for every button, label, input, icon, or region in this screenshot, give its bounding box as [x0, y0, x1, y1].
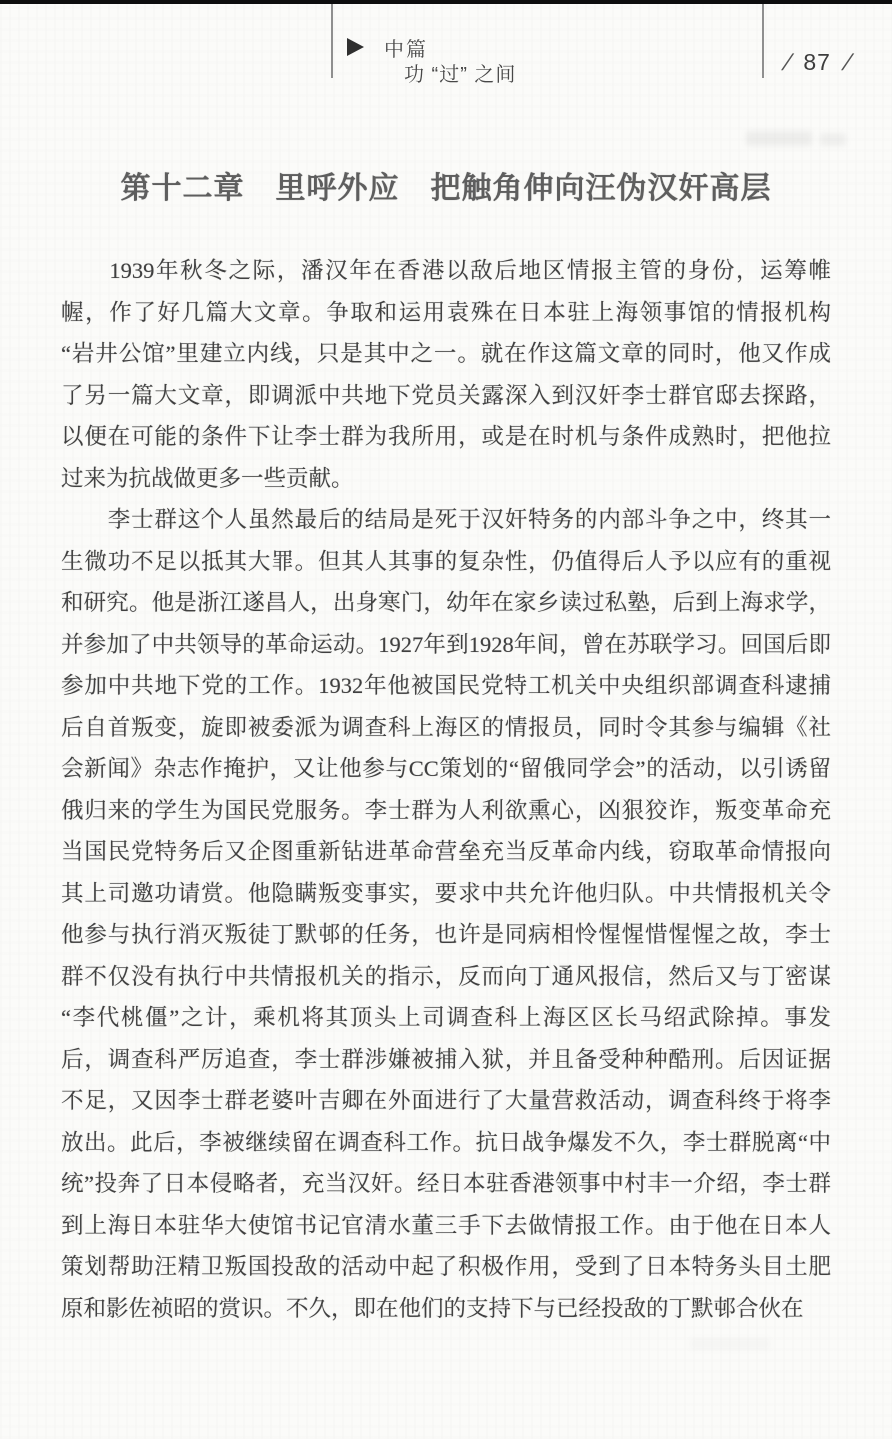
header-divider-left [331, 4, 333, 78]
text-line: 后自首叛变，旋即被委派为调查科上海区的情报员，同时令其参与编辑《社 [61, 707, 831, 749]
text-line: 和研究。他是浙江遂昌人，出身寒门，幼年在家乡读过私塾，后到上海求学， [61, 582, 831, 624]
text-line: 原和影佐祯昭的赏识。不久，即在他们的支持下与已经投敌的丁默邨合伙在 [61, 1288, 831, 1330]
chapter-title: 第十二章 里呼外应 把触角伸向汪伪汉奸高层 [61, 170, 831, 208]
text-line: 放出。此后，李被继续留在调查科工作。抗日战争爆发不久，李士群脱离“中 [61, 1122, 831, 1164]
text-line: 了另一篇大文章，即调派中共地下党员关露深入到汉奸李士群官邸去探路， [61, 375, 831, 417]
text-line: 过来为抗战做更多一些贡献。 [61, 458, 831, 500]
book-page: 中篇 功 “过” 之间 /87/ 第十二章 里呼外应 把触角伸向汪伪汉奸高层 1… [0, 0, 892, 1439]
bleed-through-artifact [746, 131, 812, 146]
slash-decoration-right: / [841, 49, 853, 76]
section-title: 功 “过” 之间 [404, 58, 516, 87]
bleed-through-artifact [690, 1338, 770, 1350]
paragraph-2: 李士群这个人虽然最后的结局是死于汉奸特务的内部斗争之中，终其一生微功不足以抵其大… [61, 499, 831, 1329]
page-number-value: 87 [803, 49, 831, 75]
scan-edge-artifact [0, 0, 892, 4]
text-line: 李士群这个人虽然最后的结局是死于汉奸特务的内部斗争之中，终其一 [61, 499, 831, 541]
text-line: “李代桃僵”之计，乘机将其顶头上司调查科上海区区长马绍武除掉。事发 [61, 997, 831, 1039]
text-line: 到上海日本驻华大使馆书记官清水董三手下去做情报工作。由于他在日本人 [61, 1205, 831, 1247]
text-line: 后，调查科严厉追查，李士群涉嫌被捕入狱，并且备受种种酷刑。后因证据 [61, 1039, 831, 1081]
text-line: 当国民党特务后又企图重新钻进革命营垒充当反革命内线，窃取革命情报向 [61, 831, 831, 873]
text-line: 会新闻》杂志作掩护，又让他参与CC策划的“留俄同学会”的活动，以引诱留 [61, 748, 831, 790]
slash-decoration-left: / [781, 49, 793, 76]
page-number: /87/ [784, 49, 850, 76]
text-line: 俄归来的学生为国民党服务。李士群为人利欲熏心，凶狠狡诈，叛变革命充 [61, 790, 831, 832]
text-line: 不足，又因李士群老婆叶吉卿在外面进行了大量营救活动，调查科终于将李 [61, 1080, 831, 1122]
text-line: 策划帮助汪精卫叛国投敌的活动中起了积极作用，受到了日本特务头目土肥 [61, 1246, 831, 1288]
text-line: 参加中共地下党的工作。1932年他被国民党特工机关中央组织部调查科逮捕 [61, 665, 831, 707]
text-line: 以便在可能的条件下让李士群为我所用，或是在时机与条件成熟时，把他拉 [61, 416, 831, 458]
text-line: 统”投奔了日本侵略者，充当汉奸。经日本驻香港领事中村丰一介绍，李士群 [61, 1163, 831, 1205]
text-line: 并参加了中共领导的革命运动。1927年到1928年间，曾在苏联学习。回国后即 [61, 624, 831, 666]
part-marker-triangle-icon [347, 38, 364, 56]
header-divider-right [762, 4, 764, 78]
text-line: 他参与执行消灭叛徒丁默邨的任务，也许是同病相怜惺惺惜惺惺之故，李士 [61, 914, 831, 956]
body-text: 1939年秋冬之际，潘汉年在香港以敌后地区情报主管的身份，运筹帷幄，作了好几篇大… [61, 250, 831, 1329]
text-line: 幄，作了好几篇大文章。争取和运用袁殊在日本驻上海领事馆的情报机构 [61, 292, 831, 334]
text-line: 其上司邀功请赏。他隐瞒叛变事实，要求中共允许他归队。中共情报机关令 [61, 873, 831, 915]
paragraph-1: 1939年秋冬之际，潘汉年在香港以敌后地区情报主管的身份，运筹帷幄，作了好几篇大… [61, 250, 831, 499]
text-line: 1939年秋冬之际，潘汉年在香港以敌后地区情报主管的身份，运筹帷 [61, 250, 831, 292]
bleed-through-artifact [820, 133, 846, 146]
text-line: “岩井公馆”里建立内线，只是其中之一。就在作这篇文章的同时，他又作成 [61, 333, 831, 375]
text-line: 群不仅没有执行中共情报机关的指示，反而向丁通风报信，然后又与丁密谋 [61, 956, 831, 998]
text-line: 生微功不足以抵其大罪。但其人其事的复杂性，仍值得后人予以应有的重视 [61, 541, 831, 583]
